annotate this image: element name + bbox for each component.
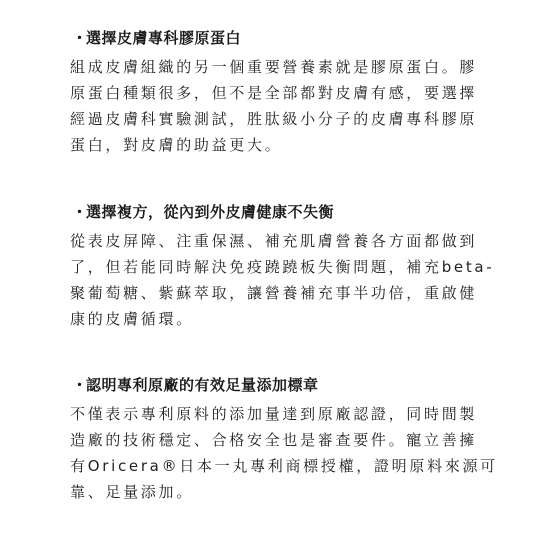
body-line: 從表皮屏障、注重保濕、補充肌膚營養各方面都做到: [70, 228, 486, 254]
body-line: 康的皮膚循環。: [70, 306, 486, 332]
section-compound-formula: ・選擇複方，從內到外皮膚健康不失衡 從表皮屏障、注重保濕、補充肌膚營養各方面都做…: [70, 202, 486, 332]
body-line: 有Oricera®日本一丸專利商標授權，證明原料來源可: [70, 453, 486, 479]
body-line: 不僅表示專利原料的添加量達到原廠認證，同時間製: [70, 401, 486, 427]
body-line: 組成皮膚組織的另一個重要營養素就是膠原蛋白。膠: [70, 54, 486, 80]
bullet-icon: ・: [72, 28, 86, 48]
heading-text: 選擇複方，從內到外皮膚健康不失衡: [86, 203, 334, 221]
section-body: 組成皮膚組織的另一個重要營養素就是膠原蛋白。膠 原蛋白種類很多，但不是全部都對皮…: [70, 54, 486, 158]
section-heading: ・認明專利原廠的有效足量添加標章: [72, 375, 486, 395]
bullet-icon: ・: [72, 375, 86, 395]
body-line: 原蛋白種類很多，但不是全部都對皮膚有感，要選擇: [70, 80, 486, 106]
body-line: 聚葡萄糖、紫蘇萃取，讓營養補充事半功倍，重啟健: [70, 280, 486, 306]
section-heading: ・選擇複方，從內到外皮膚健康不失衡: [72, 202, 486, 222]
heading-text: 認明專利原廠的有效足量添加標章: [86, 376, 319, 394]
section-heading: ・選擇皮膚專科膠原蛋白: [72, 28, 486, 48]
body-line: 靠、足量添加。: [70, 479, 486, 505]
bullet-icon: ・: [72, 202, 86, 222]
section-body: 從表皮屏障、注重保濕、補充肌膚營養各方面都做到 了，但若能同時解決免疫蹺蹺板失衡…: [70, 228, 486, 332]
body-line: 了，但若能同時解決免疫蹺蹺板失衡問題，補充beta-: [70, 254, 486, 280]
section-patent-label: ・認明專利原廠的有效足量添加標章 不僅表示專利原料的添加量達到原廠認證，同時間製…: [70, 375, 486, 505]
body-line: 經過皮膚科實驗測試，胜肽級小分子的皮膚專科膠原: [70, 106, 486, 132]
body-line: 造廠的技術穩定、合格安全也是審查要件。寵立善擁: [70, 427, 486, 453]
section-body: 不僅表示專利原料的添加量達到原廠認證，同時間製 造廠的技術穩定、合格安全也是審查…: [70, 401, 486, 505]
heading-text: 選擇皮膚專科膠原蛋白: [86, 29, 241, 47]
section-collagen: ・選擇皮膚專科膠原蛋白 組成皮膚組織的另一個重要營養素就是膠原蛋白。膠 原蛋白種…: [70, 28, 486, 158]
body-line: 蛋白，對皮膚的助益更大。: [70, 132, 486, 158]
